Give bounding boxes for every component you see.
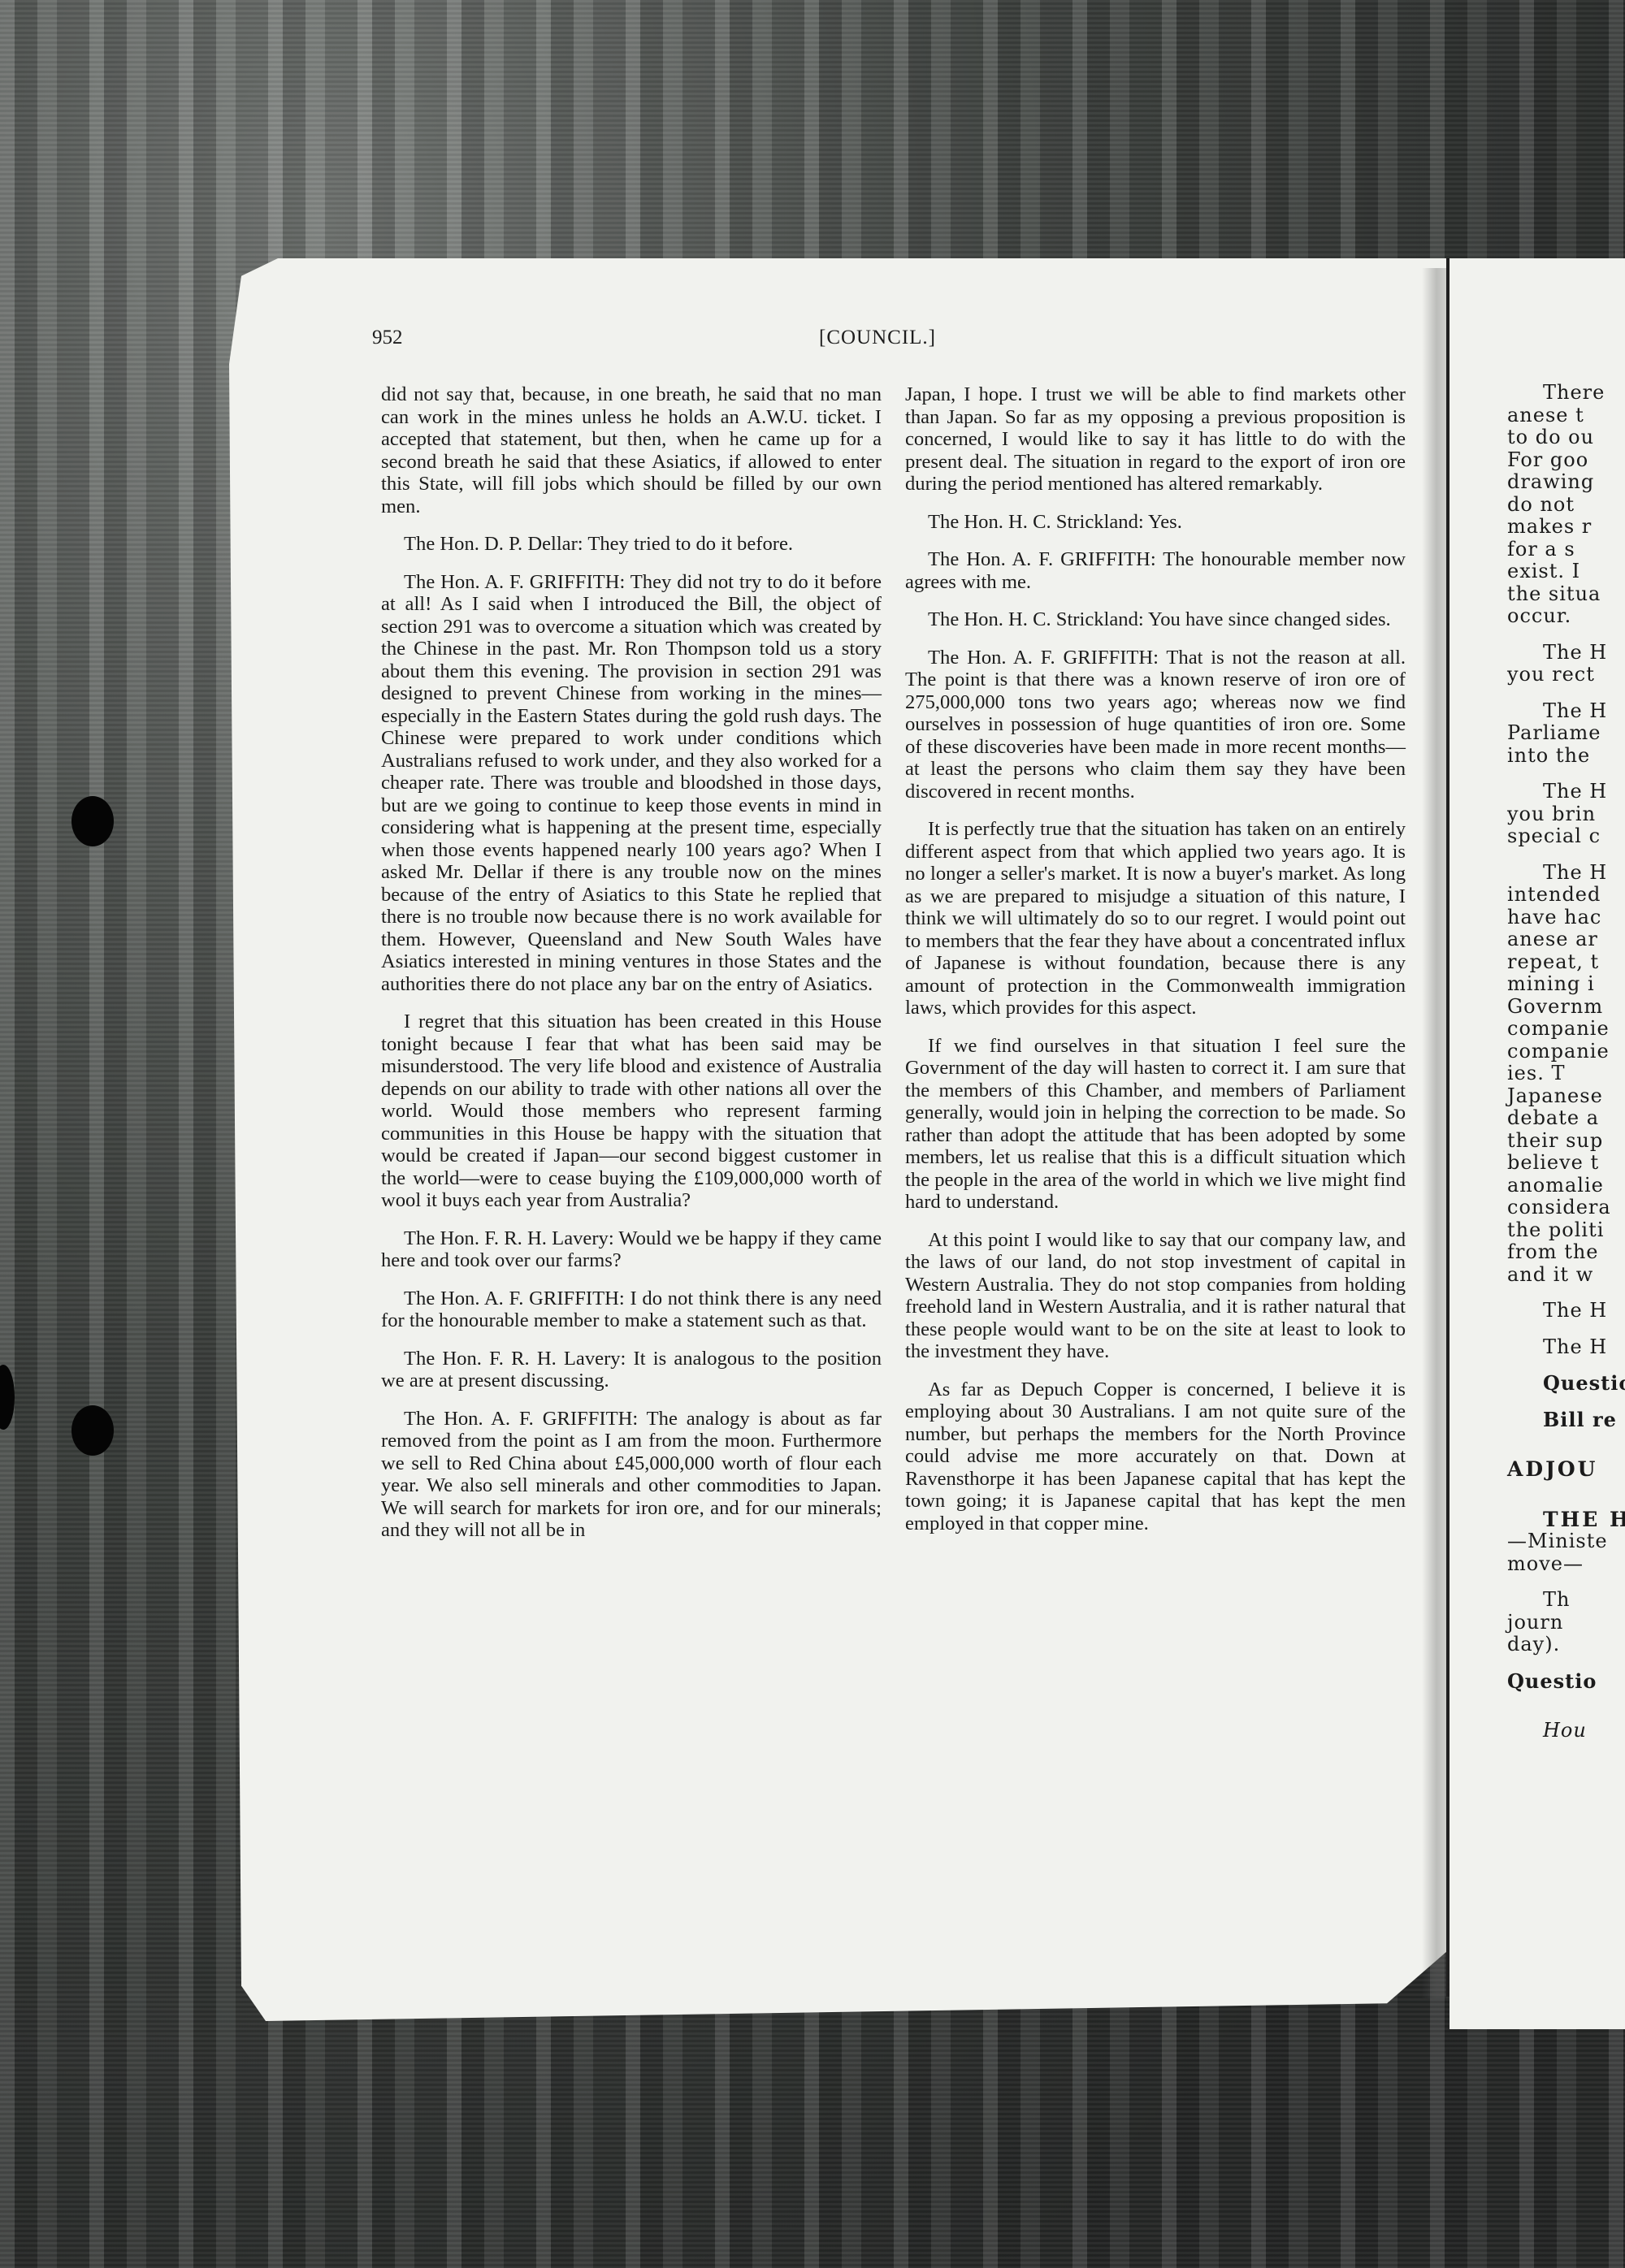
line-gap xyxy=(1507,1575,1625,1589)
paragraph: did not say that, because, in one breath… xyxy=(381,383,882,517)
text-line: Governm xyxy=(1507,996,1625,1019)
text-line: The H xyxy=(1507,1300,1625,1322)
text-line: —Ministe xyxy=(1507,1530,1625,1553)
text-line: Parliame xyxy=(1507,722,1625,745)
paragraph: The Hon. A. F. GRIFFITH: They did not tr… xyxy=(381,571,882,996)
text-line: Questio xyxy=(1507,1670,1625,1693)
paragraph: The Hon. F. R. H. Lavery: Would we be ha… xyxy=(381,1227,882,1272)
text-line: drawing xyxy=(1507,471,1625,494)
text-line: anomalie xyxy=(1507,1175,1625,1197)
binder-hole-bottom xyxy=(71,1405,114,1456)
text-line: Hou xyxy=(1507,1720,1625,1742)
paragraph: The Hon. A. F. GRIFFITH: The analogy is … xyxy=(381,1408,882,1542)
text-line: The H xyxy=(1507,1336,1625,1359)
next-page-clip: Thereanese tto do ouFor goodrawingdo not… xyxy=(1449,258,1625,2029)
text-line: mining i xyxy=(1507,973,1625,996)
line-gap xyxy=(1507,1322,1625,1336)
line-gap xyxy=(1507,1481,1625,1495)
text-line: day). xyxy=(1507,1634,1625,1656)
line-gap xyxy=(1507,1358,1625,1372)
paragraph: The Hon. D. P. Dellar: They tried to do … xyxy=(381,533,882,556)
line-gap xyxy=(1507,1495,1625,1508)
text-line: from the xyxy=(1507,1241,1625,1264)
text-line: Questio xyxy=(1507,1372,1625,1395)
text-column-next-page: Thereanese tto do ouFor goodrawingdo not… xyxy=(1507,382,1625,1742)
paragraph: If we find ourselves in that situation I… xyxy=(905,1035,1406,1214)
text-column-left: did not say that, because, in one breath… xyxy=(381,383,882,1557)
line-gap xyxy=(1507,1395,1625,1409)
text-line: The H xyxy=(1507,642,1625,664)
text-line: anese ar xyxy=(1507,928,1625,951)
text-line: intended xyxy=(1507,884,1625,907)
text-line: to do ou xyxy=(1507,426,1625,449)
text-line: into the xyxy=(1507,745,1625,768)
paragraph: The Hon. A. F. GRIFFITH: I do not think … xyxy=(381,1288,882,1332)
text-line: THE H xyxy=(1507,1508,1625,1531)
text-line: anese t xyxy=(1507,405,1625,427)
text-line: Th xyxy=(1507,1589,1625,1612)
line-gap xyxy=(1507,1444,1625,1458)
text-line: move— xyxy=(1507,1553,1625,1576)
line-gap xyxy=(1507,1692,1625,1706)
text-line: you rect xyxy=(1507,664,1625,686)
text-column-right: Japan, I hope. I trust we will be able t… xyxy=(905,383,1406,1550)
text-line: you brin xyxy=(1507,803,1625,826)
running-head: [COUNCIL.] xyxy=(819,327,936,349)
paragraph: The Hon. A. F. GRIFFITH: The honourable … xyxy=(905,548,1406,593)
text-line: journ xyxy=(1507,1612,1625,1634)
paragraph: The Hon. H. C. Strickland: You have sinc… xyxy=(905,608,1406,631)
text-line: exist. I xyxy=(1507,561,1625,583)
text-line: believe t xyxy=(1507,1152,1625,1175)
text-line: do not xyxy=(1507,494,1625,517)
text-line: ADJOU xyxy=(1507,1458,1625,1481)
line-gap xyxy=(1507,1286,1625,1300)
paragraph: At this point I would like to say that o… xyxy=(905,1229,1406,1363)
paragraph: As far as Depuch Copper is concerned, I … xyxy=(905,1379,1406,1535)
line-gap xyxy=(1507,628,1625,642)
text-line: their sup xyxy=(1507,1130,1625,1153)
text-line: The H xyxy=(1507,700,1625,723)
text-line: ies. T xyxy=(1507,1063,1625,1085)
text-line: There xyxy=(1507,382,1625,405)
text-line: for a s xyxy=(1507,539,1625,561)
paragraph: It is perfectly true that the situation … xyxy=(905,818,1406,1019)
line-gap xyxy=(1507,767,1625,781)
text-line: Bill re xyxy=(1507,1409,1625,1431)
text-line: The H xyxy=(1507,862,1625,885)
text-line: occur. xyxy=(1507,605,1625,628)
text-line: Japanese xyxy=(1507,1085,1625,1108)
line-gap xyxy=(1507,1656,1625,1670)
text-line: companie xyxy=(1507,1018,1625,1041)
text-line: repeat, t xyxy=(1507,951,1625,974)
paragraph: I regret that this situation has been cr… xyxy=(381,1011,882,1212)
paragraph: The Hon. F. R. H. Lavery: It is analogou… xyxy=(381,1348,882,1392)
text-line: have hac xyxy=(1507,907,1625,929)
text-line: The H xyxy=(1507,781,1625,803)
text-line: and it w xyxy=(1507,1264,1625,1287)
text-line: the politi xyxy=(1507,1219,1625,1242)
paragraph: The Hon. H. C. Strickland: Yes. xyxy=(905,511,1406,534)
paragraph: The Hon. A. F. GRIFFITH: That is not the… xyxy=(905,647,1406,803)
line-gap xyxy=(1507,686,1625,700)
binder-hole-top xyxy=(71,796,114,846)
text-line: debate a xyxy=(1507,1107,1625,1130)
text-line: companie xyxy=(1507,1041,1625,1063)
line-gap xyxy=(1507,848,1625,862)
text-line: the situa xyxy=(1507,583,1625,606)
text-line: special c xyxy=(1507,825,1625,848)
page-number: 952 xyxy=(372,327,403,349)
line-gap xyxy=(1507,1430,1625,1444)
line-gap xyxy=(1507,1706,1625,1720)
text-line: For goo xyxy=(1507,449,1625,472)
text-line: considera xyxy=(1507,1197,1625,1219)
paragraph: Japan, I hope. I trust we will be able t… xyxy=(905,383,1406,496)
text-line: makes r xyxy=(1507,516,1625,539)
